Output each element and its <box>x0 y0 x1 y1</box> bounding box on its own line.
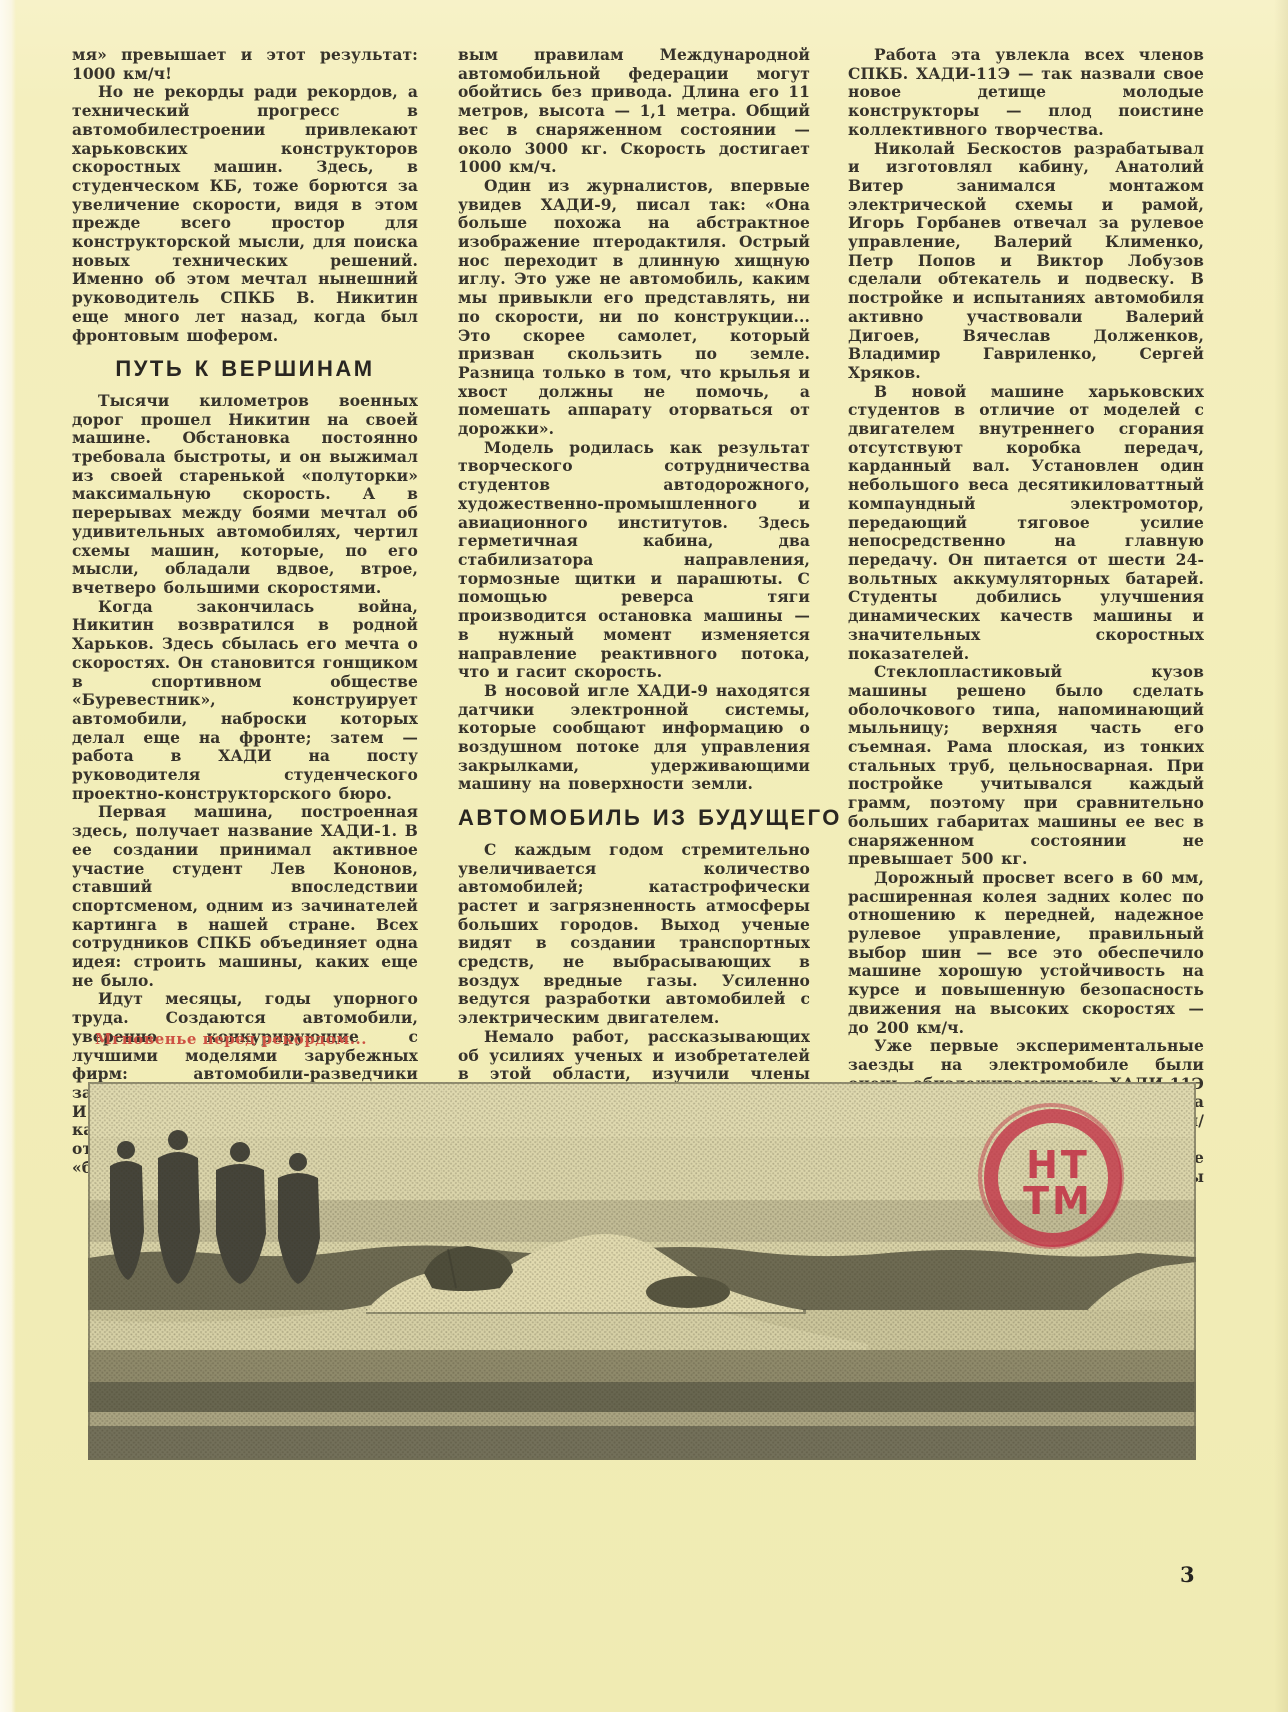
photo-caption: Мгновенье перед рекордом... <box>95 1030 367 1048</box>
paragraph: Один из журналистов, впервые увидев ХАДИ… <box>458 177 810 439</box>
paragraph: Но не рекорды ради рекордов, а техническ… <box>72 83 418 345</box>
paragraph: В новой машине харьковских студентов в о… <box>848 383 1204 664</box>
page-left-edge <box>0 0 16 1712</box>
stamp-letters-bottom: ТМ <box>1023 1179 1093 1223</box>
paragraph: С каждым годом стремительно увеличиваетс… <box>458 841 810 1028</box>
paragraph: вым правилам Международной автомобильной… <box>458 46 810 177</box>
section-heading-car-from-future: АВТОМОБИЛЬ ИЗ БУДУЩЕГО <box>458 809 810 828</box>
text-column-2: вым правилам Международной автомобильной… <box>458 46 810 1159</box>
paragraph: Тысячи километров военных дорог прошел Н… <box>72 392 418 598</box>
paragraph: Первая машина, построенная здесь, получа… <box>72 803 418 990</box>
paragraph: мя» превышает и этот результат: 1000 км/… <box>72 46 418 83</box>
paragraph: Дорожный просвет всего в 60 мм, расширен… <box>848 869 1204 1037</box>
section-heading-path-to-summits: ПУТЬ К ВЕРШИНАМ <box>72 360 418 379</box>
paragraph: Модель родилась как результат творческог… <box>458 439 810 682</box>
paragraph: Когда закончилась война, Никитин возврат… <box>72 598 418 804</box>
record-car-photo: НТ ТМ <box>88 1082 1196 1460</box>
paragraph: В носовой игле ХАДИ-9 находятся датчики … <box>458 682 810 794</box>
text-column-1: мя» превышает и этот результат: 1000 км/… <box>72 46 418 1177</box>
paragraph: Стеклопластиковый кузов машины решено бы… <box>848 663 1204 869</box>
paragraph: Николай Бескостов разрабатывал и изготов… <box>848 140 1204 383</box>
paragraph: Работа эта увлекла всех членов СПКБ. ХАД… <box>848 46 1204 140</box>
text-column-3: Работа эта увлекла всех членов СПКБ. ХАД… <box>848 46 1204 1206</box>
page-number: 3 <box>1180 1562 1195 1587</box>
page-right-edge <box>1274 0 1288 1712</box>
magazine-page: мя» превышает и этот результат: 1000 км/… <box>0 0 1288 1712</box>
